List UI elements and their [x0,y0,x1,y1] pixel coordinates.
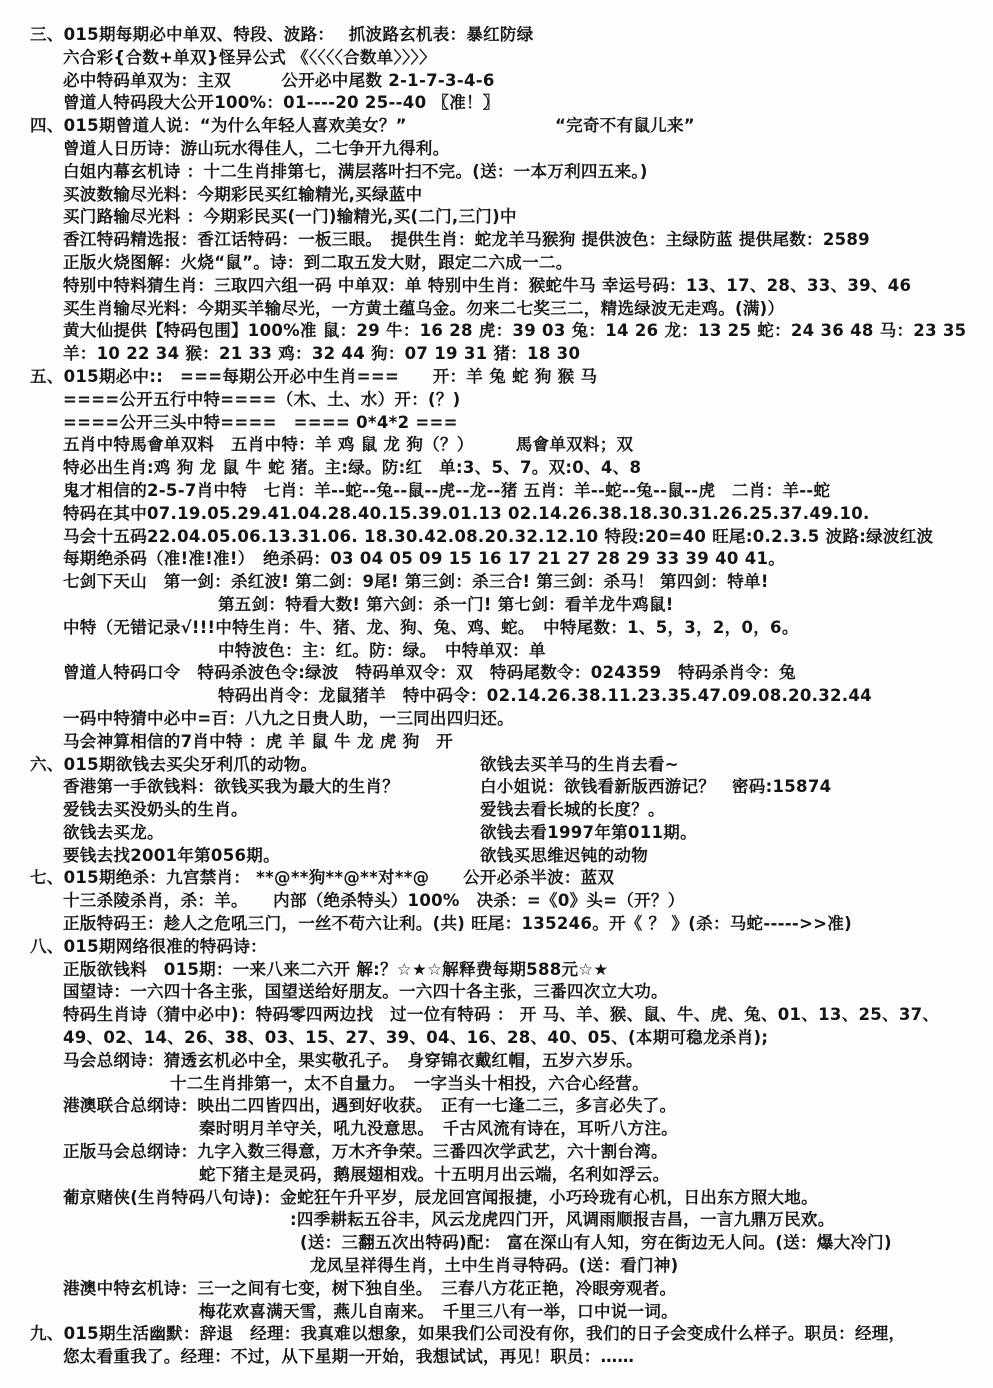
doc-line: 特码出肖令：龙鼠猪羊 特中码令：02.14.26.38.11.23.35.47.… [0,685,993,708]
doc-text: 正版特码王：趁人之危吼三门，一丝不苟六让利。(共) 旺尾：135246。开《 ？… [63,913,852,936]
lottery-tipsheet-page: 三、015期每期必中单双、特段、波路： 抓波路玄机表：暴红防绿六合彩{合数+单双… [0,0,993,1388]
doc-line: 中特波色：主：红。防：绿。 中特单双：单 [0,640,993,663]
doc-text: 正版欲钱料 015期：一来八来二六开 解:？☆★☆解释费每期588元☆★ [63,959,609,982]
section-6: 六、015期欲钱去买尖牙利爪的动物。欲钱去买羊马的生肖去看~香港第一手欲钱料：欲… [0,754,993,868]
doc-text: 马会总纲诗：猜透玄机必中全，果实敬孔子。 身穿锦衣戴红帽，五岁六岁乐。 [63,1050,643,1073]
doc-text: 马会十五码22.04.05.06.13.31.06. 18.30.42.08.2… [63,526,933,549]
doc-text: 秦时明月羊守关，吼九没意思。 千古风流有诗在，耳听八方注。 [199,1118,678,1141]
doc-text: 中特（无错记录√!!!中特生肖：牛、猪、龙、狗、兔、鸡、蛇。 中特尾数：1、5，… [63,617,799,640]
doc-text: 每期绝杀码（准!准!准!） 绝杀码：03 04 05 09 15 16 17 2… [63,548,785,571]
document-body: 三、015期每期必中单双、特段、波路： 抓波路玄机表：暴红防绿六合彩{合数+单双… [0,24,993,1369]
doc-line: 马会十五码22.04.05.06.13.31.06. 18.30.42.08.2… [0,526,993,549]
doc-line: 曾道人日历诗：游山玩水得佳人，二七争开九得利。 [0,138,993,161]
doc-line: 马会神算相信的7肖中特 ：虎 羊 鼠 牛 龙 虎 狗 开 [0,731,993,754]
doc-line: 羊：10 22 34 猴：21 33 鸡：32 44 狗：07 19 31 猪：… [0,343,993,366]
doc-line: 十二生肖排第一，太不自量力。 一字当头十相投，六合心经营。 [0,1073,993,1096]
doc-text: 曾道人日历诗：游山玩水得佳人，二七争开九得利。 [63,138,449,161]
doc-line: 五、015期必中:: ===每期公开必中生肖=== 开：羊 兔 蛇 狗 猴 马 [0,366,993,389]
doc-text: 正版火烧图解：火烧“鼠”。诗：到二取五发大财，跟定二六成一二。 [63,252,573,275]
doc-line: 香江特码精选报：香江话特码：一板三眼。 提供生肖：蛇龙羊马猴狗 提供波色：主绿防… [0,229,993,252]
doc-line: 正版欲钱料 015期：一来八来二六开 解:？☆★☆解释费每期588元☆★ [0,959,993,982]
doc-text: 买波数输尽光料：今期彩民买红输精光,买绿蓝中 [63,184,422,207]
doc-line: 49、02、14、26、38、03、15、27、39、04、16、28、40、0… [0,1027,993,1050]
doc-text: ====公开五行中特====（木、土、水）开：(？) [63,389,460,412]
doc-line: 三、015期每期必中单双、特段、波路： 抓波路玄机表：暴红防绿 [0,24,993,47]
doc-text: 爱钱去买没奶头的生肖。 [63,799,248,822]
doc-text-col2: 白小姐说：欲钱看新版西游记？ 密码:15874 [480,776,831,799]
doc-text: 白姐内幕玄机诗 ：十二生肖排第七，满层落叶扫不完。(送：一本万利四五来。) [63,161,648,184]
doc-line: 八、015期网络很准的特码诗： [0,936,993,959]
doc-text: 买门路输尽光料 ：今期彩民买(一门)输精光,买(二门,三门)中 [63,206,517,229]
doc-line: 港澳中特玄机诗：三一之间有七变，树下独自坐。 三春八方花正艳，冷眼旁观者。 [0,1278,993,1301]
doc-text: 龙凤呈祥得生肖，土中生肖寻特码。(送：看门神) [310,1255,678,1278]
doc-text: 六、015期欲钱去买尖牙利爪的动物。 [30,754,317,777]
doc-line: 葡京赌侠(生肖特码八句诗)：金蛇狂午升平岁，辰龙回宫闻报捷，小巧玲珑有心机，日出… [0,1187,993,1210]
doc-text: 葡京赌侠(生肖特码八句诗)：金蛇狂午升平岁，辰龙回宫闻报捷，小巧玲珑有心机，日出… [63,1187,818,1210]
doc-line: 六合彩{合数+单双}怪异公式 《〈〈〈〈合数单〉〉〉〉 [0,47,993,70]
doc-line: 每期绝杀码（准!准!准!） 绝杀码：03 04 05 09 15 16 17 2… [0,548,993,571]
doc-text: 九、015期生活幽默：辞退 经理：我真难以想象，如果我们公司没有你，我们的日子会… [30,1323,905,1346]
doc-text-col2: 欲钱买思维迟钝的动物 [480,845,648,868]
doc-text: 特码出肖令：龙鼠猪羊 特中码令：02.14.26.38.11.23.35.47.… [218,685,872,708]
doc-line: 五肖中特馬會单双料 五肖中特：羊 鸡 鼠 龙 狗（？） 馬會单双料；双 [0,434,993,457]
section-7: 七、015期绝杀：九宫禁肖： **@**狗**@**对**@ 公开必杀半波：蓝双… [0,867,993,935]
doc-line: ====公开五行中特====（木、土、水）开：(？) [0,389,993,412]
doc-line: 一码中特猜中必中=百：八九之日贵人助，一三同出四归还。 [0,708,993,731]
doc-line: 七剑下天山 第一剑：杀红波! 第二剑：9尾! 第三剑：杀三合! 第三剑：杀马！ … [0,571,993,594]
doc-line: 特码生肖诗（猜中必中)：特码零四两边找 过一位有特码 ： 开 马、羊、猴、鼠、牛… [0,1004,993,1027]
doc-line: 蛇下猪主是灵码，鹅展翅相戏。十五明月出云端，名利如浮云。 [0,1164,993,1187]
doc-text: (送：三翻五次出特码)配： 富在深山有人知，穷在街边无人问。(送：爆大冷门) [300,1232,892,1255]
doc-text: 五、015期必中:: ===每期公开必中生肖=== 开：羊 兔 蛇 狗 猴 马 [30,366,597,389]
doc-text: 曾道人特码段大公开100%：01----20 25--40 〖准！〗 [63,92,500,115]
doc-text: :四季耕耘五谷丰，风云龙虎四门开，风调雨顺报吉昌，一言九鼎万民欢。 [290,1209,835,1232]
doc-text: 黄大仙提供【特码包围】100%准 鼠：29 牛：16 28 虎：39 03 兔：… [63,320,966,343]
doc-line: (送：三翻五次出特码)配： 富在深山有人知，穷在街边无人问。(送：爆大冷门) [0,1232,993,1255]
doc-line: :四季耕耘五谷丰，风云龙虎四门开，风调雨顺报吉昌，一言九鼎万民欢。 [0,1209,993,1232]
doc-line: 香港第一手欲钱料：欲钱买我为最大的生肖？白小姐说：欲钱看新版西游记？ 密码:15… [0,776,993,799]
doc-line: 白姐内幕玄机诗 ：十二生肖排第七，满层落叶扫不完。(送：一本万利四五来。) [0,161,993,184]
doc-text: 必中特码单双为：主双 公开必中尾数 2-1-7-3-4-6 [63,70,495,93]
doc-text: 鬼才相信的2-5-7肖中特 七肖：羊--蛇--兔--鼠--虎--龙--猪 五肖：… [63,480,830,503]
doc-line: 欲钱去买龙。欲钱去看1997年第011期。 [0,822,993,845]
doc-text: 第五剑：特看大数! 第六剑：杀一门! 第七剑：看羊龙牛鸡鼠! [218,594,674,617]
doc-line: 十三杀陵杀肖，杀：羊。 内部（绝杀特头）100% 决杀：=《0》头=（开？） [0,890,993,913]
doc-line: 特别中特料猜生肖：三取四六组一码 中单双：单 特别中生肖：猴蛇牛马 幸运号码：1… [0,275,993,298]
doc-text: 港澳联合总纲诗：映出二四皆四出，遇到好收获。 正有一七逢二三，多言必失了。 [63,1095,676,1118]
doc-text: 梅花欢喜满天雪，燕儿自南来。 千里三八有一举，口中说一词。 [199,1301,678,1324]
doc-line: 买门路输尽光料 ：今期彩民买(一门)输精光,买(二门,三门)中 [0,206,993,229]
doc-line: 您太看重我了。经理：不过，从下星期一开始，我想试试，再见！职员：…… [0,1346,993,1369]
doc-line: 爱钱去买没奶头的生肖。爱钱去看长城的长度？。 [0,799,993,822]
doc-line: 买生肖输尽光料：今期买羊输尽光，一方黄土蕴乌金。勿来二七奖三二，精选绿波无走鸡。… [0,298,993,321]
doc-text: 曾道人特码口令 特码杀波色令:绿波 特码单双令：双 特码尾数令：024359 特… [63,662,796,685]
section-3: 三、015期每期必中单双、特段、波路： 抓波路玄机表：暴红防绿六合彩{合数+单双… [0,24,993,115]
doc-text: 49、02、14、26、38、03、15、27、39、04、16、28、40、0… [63,1027,768,1050]
doc-line: 第五剑：特看大数! 第六剑：杀一门! 第七剑：看羊龙牛鸡鼠! [0,594,993,617]
doc-line: 中特（无错记录√!!!中特生肖：牛、猪、龙、狗、兔、鸡、蛇。 中特尾数：1、5，… [0,617,993,640]
doc-text: 香港第一手欲钱料：欲钱买我为最大的生肖？ [63,776,399,799]
doc-text-col2: 爱钱去看长城的长度？。 [480,799,665,822]
doc-text-col2: “完奇不有鼠儿来” [555,115,695,138]
doc-text: 五肖中特馬會单双料 五肖中特：羊 鸡 鼠 龙 狗（？） 馬會单双料；双 [63,434,633,457]
doc-text: 国望诗：一六四十各主张，国望送给好朋友。一六四十各主张，三番四次立大功。 [63,981,668,1004]
doc-text-col2: 欲钱去看1997年第011期。 [480,822,697,845]
doc-line: 九、015期生活幽默：辞退 经理：我真难以想象，如果我们公司没有你，我们的日子会… [0,1323,993,1346]
doc-text: 特别中特料猜生肖：三取四六组一码 中单双：单 特别中生肖：猴蛇牛马 幸运号码：1… [63,275,911,298]
doc-text: ====公开三头中特==== ==== 0*4*2 === [63,412,458,435]
doc-text: 七剑下天山 第一剑：杀红波! 第二剑：9尾! 第三剑：杀三合! 第三剑：杀马！ … [63,571,769,594]
section-8: 八、015期网络很准的特码诗：正版欲钱料 015期：一来八来二六开 解:？☆★☆… [0,936,993,1324]
doc-line: 特必出生肖:鸡 狗 龙 鼠 牛 蛇 猪。主:绿。防:红 单:3、5、7。双:0、… [0,457,993,480]
doc-line: 龙凤呈祥得生肖，土中生肖寻特码。(送：看门神) [0,1255,993,1278]
doc-text: 蛇下猪主是灵码，鹅展翅相戏。十五明月出云端，名利如浮云。 [199,1164,669,1187]
doc-line: 黄大仙提供【特码包围】100%准 鼠：29 牛：16 28 虎：39 03 兔：… [0,320,993,343]
doc-text: 买生肖输尽光料：今期买羊输尽光，一方黄土蕴乌金。勿来二七奖三二，精选绿波无走鸡。… [63,298,784,321]
doc-line: 要钱去找2001年第056期。欲钱买思维迟钝的动物 [0,845,993,868]
doc-line: 梅花欢喜满天雪，燕儿自南来。 千里三八有一举，口中说一词。 [0,1301,993,1324]
doc-text: 特必出生肖:鸡 狗 龙 鼠 牛 蛇 猪。主:绿。防:红 单:3、5、7。双:0、… [63,457,641,480]
section-5: 五、015期必中:: ===每期公开必中生肖=== 开：羊 兔 蛇 狗 猴 马=… [0,366,993,754]
doc-line: 鬼才相信的2-5-7肖中特 七肖：羊--蛇--兔--鼠--虎--龙--猪 五肖：… [0,480,993,503]
doc-text: 特码生肖诗（猜中必中)：特码零四两边找 过一位有特码 ： 开 马、羊、猴、鼠、牛… [63,1004,939,1027]
doc-line: 六、015期欲钱去买尖牙利爪的动物。欲钱去买羊马的生肖去看~ [0,754,993,777]
doc-line: ====公开三头中特==== ==== 0*4*2 === [0,412,993,435]
section-4: 四、015期曾道人说：“为什么年轻人喜欢美女？”“完奇不有鼠儿来”曾道人日历诗：… [0,115,993,366]
doc-line: 特码在其中07.19.05.29.41.04.28.40.15.39.01.13… [0,503,993,526]
doc-text: 八、015期网络很准的特码诗： [30,936,267,959]
doc-line: 曾道人特码口令 特码杀波色令:绿波 特码单双令：双 特码尾数令：024359 特… [0,662,993,685]
doc-line: 曾道人特码段大公开100%：01----20 25--40 〖准！〗 [0,92,993,115]
doc-line: 必中特码单双为：主双 公开必中尾数 2-1-7-3-4-6 [0,70,993,93]
doc-text: 羊：10 22 34 猴：21 33 鸡：32 44 狗：07 19 31 猪：… [63,343,580,366]
doc-text: 十二生肖排第一，太不自量力。 一字当头十相投，六合心经营。 [170,1073,649,1096]
doc-text: 六合彩{合数+单双}怪异公式 《〈〈〈〈合数单〉〉〉〉 [63,47,436,70]
doc-text: 港澳中特玄机诗：三一之间有七变，树下独自坐。 三春八方花正艳，冷眼旁观者。 [63,1278,676,1301]
doc-text: 香江特码精选报：香江话特码：一板三眼。 提供生肖：蛇龙羊马猴狗 提供波色：主绿防… [63,229,870,252]
doc-line: 马会总纲诗：猜透玄机必中全，果实敬孔子。 身穿锦衣戴红帽，五岁六岁乐。 [0,1050,993,1073]
doc-line: 港澳联合总纲诗：映出二四皆四出，遇到好收获。 正有一七逢二三，多言必失了。 [0,1095,993,1118]
doc-text: 特码在其中07.19.05.29.41.04.28.40.15.39.01.13… [63,503,870,526]
doc-text-col2: 欲钱去买羊马的生肖去看~ [480,754,679,777]
doc-text: 中特波色：主：红。防：绿。 中特单双：单 [218,640,546,663]
doc-text: 马会神算相信的7肖中特 ：虎 羊 鼠 牛 龙 虎 狗 开 [63,731,453,754]
doc-line: 正版特码王：趁人之危吼三门，一丝不苟六让利。(共) 旺尾：135246。开《 ？… [0,913,993,936]
doc-line: 七、015期绝杀：九宫禁肖： **@**狗**@**对**@ 公开必杀半波：蓝双 [0,867,993,890]
doc-text: 十三杀陵杀肖，杀：羊。 内部（绝杀特头）100% 决杀：=《0》头=（开？） [63,890,685,913]
doc-text: 您太看重我了。经理：不过，从下星期一开始，我想试试，再见！职员：…… [63,1346,634,1369]
doc-text: 正版马会总纲诗：九字入数三得意，万木齐争荣。三番四次学武艺，六十割台湾。 [63,1141,668,1164]
doc-line: 正版火烧图解：火烧“鼠”。诗：到二取五发大财，跟定二六成一二。 [0,252,993,275]
section-9: 九、015期生活幽默：辞退 经理：我真难以想象，如果我们公司没有你，我们的日子会… [0,1323,993,1369]
doc-line: 买波数输尽光料：今期彩民买红输精光,买绿蓝中 [0,184,993,207]
doc-line: 正版马会总纲诗：九字入数三得意，万木齐争荣。三番四次学武艺，六十割台湾。 [0,1141,993,1164]
doc-line: 秦时明月羊守关，吼九没意思。 千古风流有诗在，耳听八方注。 [0,1118,993,1141]
doc-line: 国望诗：一六四十各主张，国望送给好朋友。一六四十各主张，三番四次立大功。 [0,981,993,1004]
doc-text: 欲钱去买龙。 [63,822,164,845]
doc-text: 要钱去找2001年第056期。 [63,845,280,868]
doc-text: 一码中特猜中必中=百：八九之日贵人助，一三同出四归还。 [63,708,514,731]
doc-text: 七、015期绝杀：九宫禁肖： **@**狗**@**对**@ 公开必杀半波：蓝双 [30,867,614,890]
doc-text: 四、015期曾道人说：“为什么年轻人喜欢美女？” [30,115,407,138]
doc-line: 四、015期曾道人说：“为什么年轻人喜欢美女？”“完奇不有鼠儿来” [0,115,993,138]
doc-text: 三、015期每期必中单双、特段、波路： 抓波路玄机表：暴红防绿 [30,24,534,47]
